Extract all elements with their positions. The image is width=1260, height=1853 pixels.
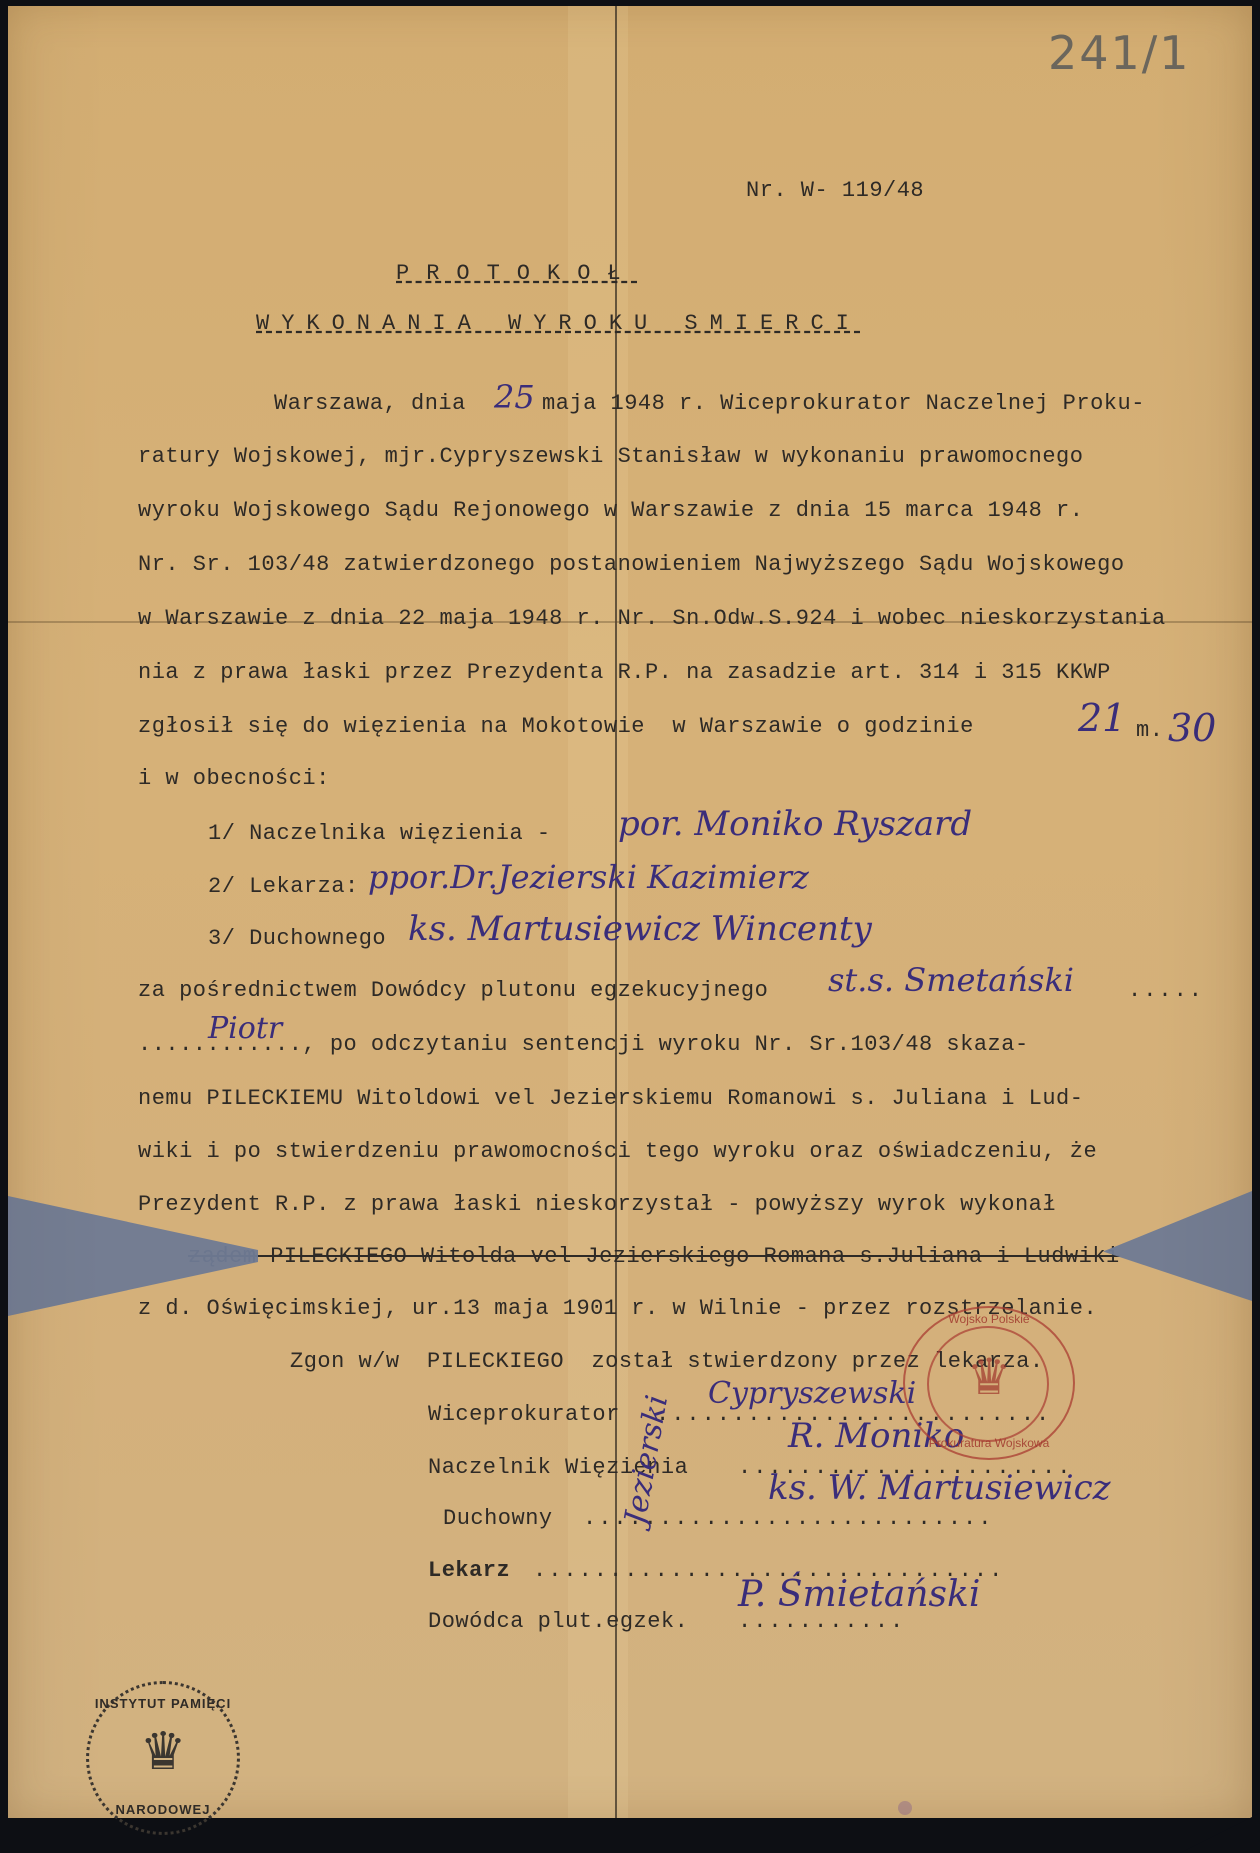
signature-role-5: Dowódca plut.egzek. [428,1609,688,1634]
stamp-inner-ring [927,1326,1049,1442]
body-line-7: zgłosił się do więzienia na Mokotowie w … [138,714,974,739]
title-wykonania: WYKONANIA WYROKU SMIERCI [256,311,861,336]
prosecutor-stamp: Wojsko Polskie Prokuratura Wojskowa ♛ [903,1306,1075,1460]
exec-line-5: Prezydent R.P. z prawa łaski nieskorzyst… [138,1192,1056,1217]
vertical-fold-line [615,6,617,1818]
signature-role-2: Naczelnik Więzienia [428,1455,688,1480]
ipn-stamp: INSTYTUT PAMIĘCI ♛ NARODOWEJ [86,1681,240,1835]
signature-5: P. Śmietański [738,1574,980,1615]
exec-line-3: nemu PILECKIEMU Witoldowi vel Jezierskie… [138,1086,1083,1111]
eagle-icon: ♛ [133,1722,193,1782]
exec-line-1: za pośrednictwem Dowódcy plutonu egzekuc… [138,978,768,1003]
ipn-bottom-text: NARODOWEJ [89,1802,237,1817]
attendee-3-name: ks. Martusiewicz Wincenty [408,909,872,949]
handwritten-hour: 21 [1078,696,1126,740]
signature-role-3: Duchowny [443,1506,553,1531]
handwritten-day: 25 [494,378,535,416]
exec-line-2: ............, po odczytaniu sentencji wy… [138,1032,1029,1057]
signature-dots-1: .......................... [656,1402,1051,1427]
fold-shade [568,6,628,1818]
signature-4: Jezierski [618,1393,675,1528]
ipn-top-text: INSTYTUT PAMIĘCI [89,1696,237,1711]
stamp-bottom-text: Prokuratura Wojskowa [905,1436,1073,1450]
signature-dots-2: ...................... [738,1455,1072,1480]
ink-smudge [898,1801,912,1815]
body-line-8: i w obecności: [138,766,330,791]
exec-line-4: wiki i po stwierdzeniu prawomocności teg… [138,1139,1097,1164]
document-number: Nr. W- 119/48 [746,178,924,203]
attendee-2-name: ppor.Dr.Jezierski Kazimierz [368,858,809,896]
signature-role-4: Lekarz [428,1558,510,1583]
eagle-icon: ♛ [961,1348,1017,1406]
tape-left [8,1196,258,1316]
body-line-1a: Warszawa, dnia [274,391,466,416]
exec-line-6: ządem PILECKIEGO Witolda vel Jezierskieg… [188,1244,1120,1269]
exec-line-7: z d. Oświęcimskiej, ur.13 maja 1901 r. w… [138,1296,1097,1321]
horizontal-fold-line [8,621,1252,623]
signature-dots-3: ........................... [583,1506,993,1531]
commander-dots: ..... [1128,978,1204,1003]
commander-name-handwritten: st.s. Smetański [828,961,1074,999]
handwritten-minute: 30 [1168,706,1216,750]
body-line-4: Nr. Sr. 103/48 zatwierdzonego postanowie… [138,552,1125,577]
signature-1: Cypryszewski [708,1376,916,1411]
signature-dots-5: ........... [738,1609,905,1634]
title-protokol: PROTOKOŁ [396,261,638,286]
minute-label: m. [1136,718,1163,743]
body-line-1b: maja 1948 r. Wiceprokurator Naczelnej Pr… [542,391,1145,416]
tape-right [1103,1191,1252,1301]
attendee-1-label: 1/ Naczelnika więzienia - [208,821,551,846]
body-line-2: ratury Wojskowej, mjr.Cypryszewski Stani… [138,444,1083,469]
death-confirmation: Zgon w/w PILECKIEGO został stwierdzony p… [290,1349,1044,1374]
body-line-3: wyroku Wojskowego Sądu Rejonowego w Wars… [138,498,1083,523]
body-line-6: nia z prawa łaski przez Prezydenta R.P. … [138,660,1111,685]
attendee-1-name: por. Moniko Ryszard [618,804,972,844]
commander-first-name: Piotr [208,1011,282,1046]
signature-dots-4: ............................... [533,1558,1004,1583]
signature-role-1: Wiceprokurator [428,1402,620,1427]
signature-3: ks. W. Martusiewicz [768,1468,1111,1508]
body-line-5: w Warszawie z dnia 22 maja 1948 r. Nr. S… [138,606,1166,631]
document-page: 241/1 Nr. W- 119/48 PROTOKOŁ WYKONANIA W… [8,6,1252,1818]
archive-reference: 241/1 [1048,26,1191,80]
attendee-2-label: 2/ Lekarza: [208,874,359,899]
signature-2: R. Moniko [788,1416,964,1456]
page-corner [1180,1813,1260,1853]
attendee-3-label: 3/ Duchownego [208,926,386,951]
stamp-top-text: Wojsko Polskie [905,1312,1073,1326]
